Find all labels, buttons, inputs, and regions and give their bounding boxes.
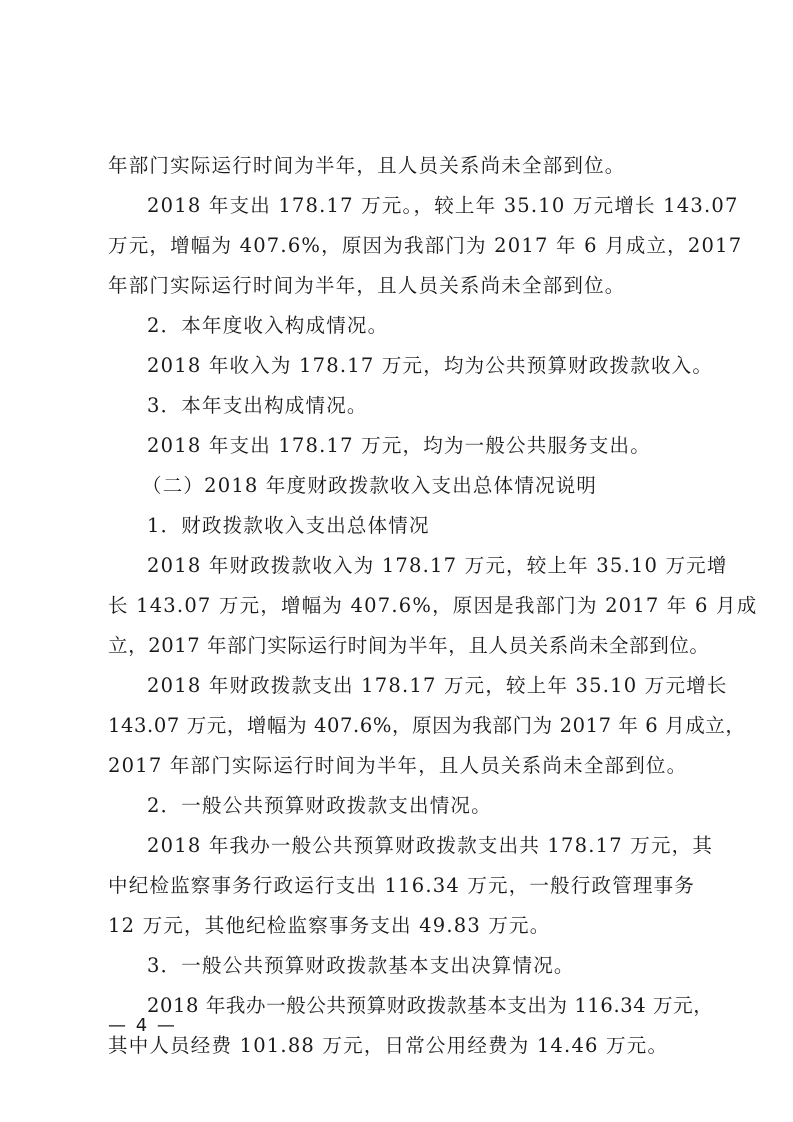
paragraph-line: 2018 年我办一般公共预算财政拨款基本支出为 116.34 万元， <box>147 992 713 1020</box>
page-number: — 4 — <box>108 1015 177 1036</box>
section-heading: （二）2018 年度财政拨款收入支出总体情况说明 <box>142 472 597 500</box>
section-heading: 2．本年度收入构成情况。 <box>147 312 388 340</box>
section-heading: 2．一般公共预算财政拨款支出情况。 <box>147 792 492 820</box>
section-heading: 1．财政拨款收入支出总体情况 <box>147 512 430 540</box>
paragraph-line: 2018 年财政拨款收入为 178.17 万元，较上年 35.10 万元增 <box>147 552 728 580</box>
paragraph-line: 年部门实际运行时间为半年，且人员关系尚未全部到位。 <box>108 272 626 300</box>
paragraph-line: 12 万元，其他纪检监察事务支出 49.83 万元。 <box>108 912 550 940</box>
paragraph-line: 其中人员经费 101.88 万元，日常公用经费为 14.46 万元。 <box>108 1032 668 1060</box>
paragraph-line: 中纪检监察事务行政运行支出 116.34 万元，一般行政管理事务 <box>108 872 695 900</box>
paragraph-line: 2018 年收入为 178.17 万元，均为公共预算财政拨款收入。 <box>147 352 713 380</box>
paragraph-line: 年部门实际运行时间为半年，且人员关系尚未全部到位。 <box>108 152 626 180</box>
paragraph-line: 2018 年支出 178.17 万元，均为一般公共服务支出。 <box>147 432 651 460</box>
paragraph-line: 万元，增幅为 407.6%，原因为我部门为 2017 年 6 月成立，2017 <box>108 232 742 260</box>
paragraph-line: 143.07 万元，增幅为 407.6%，原因为我部门为 2017 年 6 月成… <box>108 712 746 740</box>
paragraph-line: 2018 年支出 178.17 万元。，较上年 35.10 万元增长 143.0… <box>147 192 739 220</box>
paragraph-line: 2018 年财政拨款支出 178.17 万元，较上年 35.10 万元增长 <box>147 672 728 700</box>
paragraph-line: 长 143.07 万元，增幅为 407.6%，原因是我部门为 2017 年 6 … <box>108 592 757 620</box>
paragraph-line: 立，2017 年部门实际运行时间为半年，且人员关系尚未全部到位。 <box>108 632 710 660</box>
section-heading: 3．本年支出构成情况。 <box>147 392 368 420</box>
section-heading: 3．一般公共预算财政拨款基本支出决算情况。 <box>147 952 575 980</box>
paragraph-line: 2017 年部门实际运行时间为半年，且人员关系尚未全部到位。 <box>108 752 687 780</box>
paragraph-line: 2018 年我办一般公共预算财政拨款支出共 178.17 万元，其 <box>147 832 713 860</box>
